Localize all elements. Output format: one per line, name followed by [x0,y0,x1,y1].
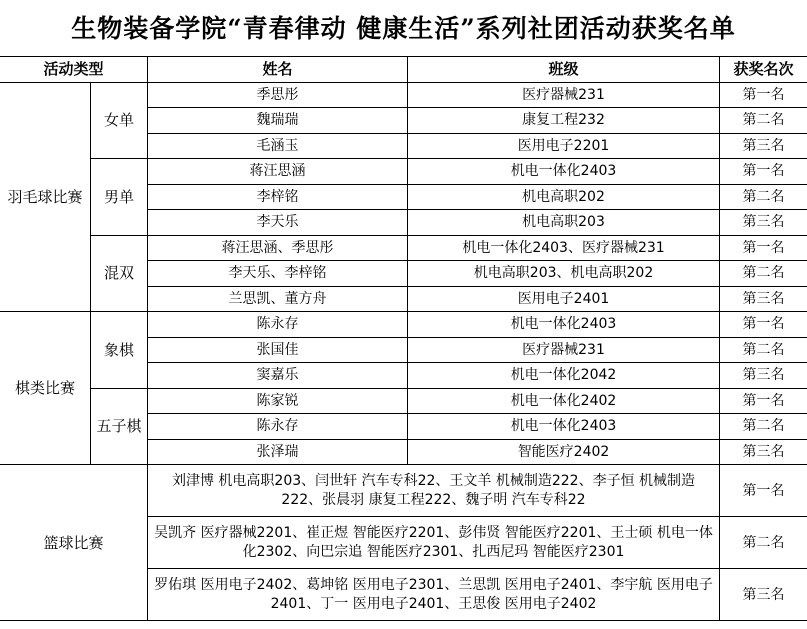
cell-name: 张国佳 [148,337,408,363]
category-basketball: 篮球比赛 [0,465,148,621]
cell-rank: 第一名 [720,388,807,414]
subcategory-mens-singles: 男单 [91,159,148,236]
cell-rank: 第三名 [720,363,807,389]
cell-rank: 第二名 [720,517,807,569]
cell-name: 李梓铭 [148,184,408,210]
cell-rank: 第二名 [720,108,807,134]
cell-rank: 第三名 [720,286,807,312]
cell-name: 蒋汪思涵 [148,159,408,185]
cell-name: 蒋汪思涵、季思彤 [148,235,408,261]
cell-rank: 第一名 [720,465,807,517]
cell-rank: 第三名 [720,569,807,621]
cell-class: 机电一体化2042 [408,363,720,389]
cell-class: 医疗器械231 [408,337,720,363]
cell-rank: 第三名 [720,439,807,465]
cell-rank: 第一名 [720,312,807,338]
cell-class: 机电一体化2402 [408,388,720,414]
cell-team-members: 刘津博 机电高职203、闫世轩 汽车专科22、王文羊 机械制造222、李子恒 机… [148,465,720,517]
cell-rank: 第一名 [720,82,807,108]
header-row: 活动类型 姓名 班级 获奖名次 [0,57,807,83]
cell-class: 医疗器械231 [408,82,720,108]
cell-name: 李天乐、李梓铭 [148,261,408,287]
cell-class: 智能医疗2402 [408,439,720,465]
table-row: 篮球比赛 刘津博 机电高职203、闫世轩 汽车专科22、王文羊 机械制造222、… [0,465,807,517]
subcategory-xiangqi: 象棋 [91,312,148,389]
cell-team-members: 吴凯齐 医疗器械2201、崔正煜 智能医疗2201、彭伟贤 智能医疗2201、王… [148,517,720,569]
subcategory-womens-singles: 女单 [91,82,148,159]
cell-name: 陈家锐 [148,388,408,414]
category-badminton: 羽毛球比赛 [0,82,91,312]
header-type: 活动类型 [0,57,148,83]
cell-class: 医用电子2201 [408,133,720,159]
header-name: 姓名 [148,57,408,83]
cell-name: 季思彤 [148,82,408,108]
cell-name: 窦嘉乐 [148,363,408,389]
cell-rank: 第二名 [720,184,807,210]
page-title: 生物装备学院“青春律动 健康生活”系列社团活动获奖名单 [0,12,807,46]
header-rank: 获奖名次 [720,57,807,83]
subcategory-gomoku: 五子棋 [91,388,148,465]
cell-class: 机电一体化2403、医疗器械231 [408,235,720,261]
table-row: 羽毛球比赛 女单 季思彤 医疗器械231 第一名 [0,82,807,108]
cell-class: 机电一体化2403 [408,312,720,338]
cell-class: 机电高职203 [408,210,720,236]
cell-name: 陈永存 [148,414,408,440]
cell-name: 魏瑞瑞 [148,108,408,134]
table-row: 五子棋 陈家锐 机电一体化2402 第一名 [0,388,807,414]
header-class: 班级 [408,57,720,83]
cell-team-members: 罗佑琪 医用电子2402、葛坤铭 医用电子2301、兰思凯 医用电子2401、李… [148,569,720,621]
cell-rank: 第一名 [720,159,807,185]
cell-name: 毛涵玉 [148,133,408,159]
awards-table: 活动类型 姓名 班级 获奖名次 羽毛球比赛 女单 季思彤 医疗器械231 第一名… [0,56,807,621]
cell-class: 机电一体化2403 [408,414,720,440]
cell-name: 陈永存 [148,312,408,338]
cell-rank: 第三名 [720,210,807,236]
cell-rank: 第一名 [720,235,807,261]
cell-rank: 第三名 [720,133,807,159]
cell-name: 张泽瑞 [148,439,408,465]
category-chess: 棋类比赛 [0,312,91,465]
cell-class: 康复工程232 [408,108,720,134]
cell-rank: 第二名 [720,414,807,440]
table-row: 棋类比赛 象棋 陈永存 机电一体化2403 第一名 [0,312,807,338]
cell-name: 兰思凯、董方舟 [148,286,408,312]
cell-class: 医用电子2401 [408,286,720,312]
subcategory-mixed-doubles: 混双 [91,235,148,312]
cell-rank: 第二名 [720,261,807,287]
cell-name: 李天乐 [148,210,408,236]
cell-class: 机电一体化2403 [408,159,720,185]
cell-rank: 第二名 [720,337,807,363]
cell-class: 机电高职203、机电高职202 [408,261,720,287]
table-row: 男单 蒋汪思涵 机电一体化2403 第一名 [0,159,807,185]
cell-class: 机电高职202 [408,184,720,210]
table-row: 混双 蒋汪思涵、季思彤 机电一体化2403、医疗器械231 第一名 [0,235,807,261]
